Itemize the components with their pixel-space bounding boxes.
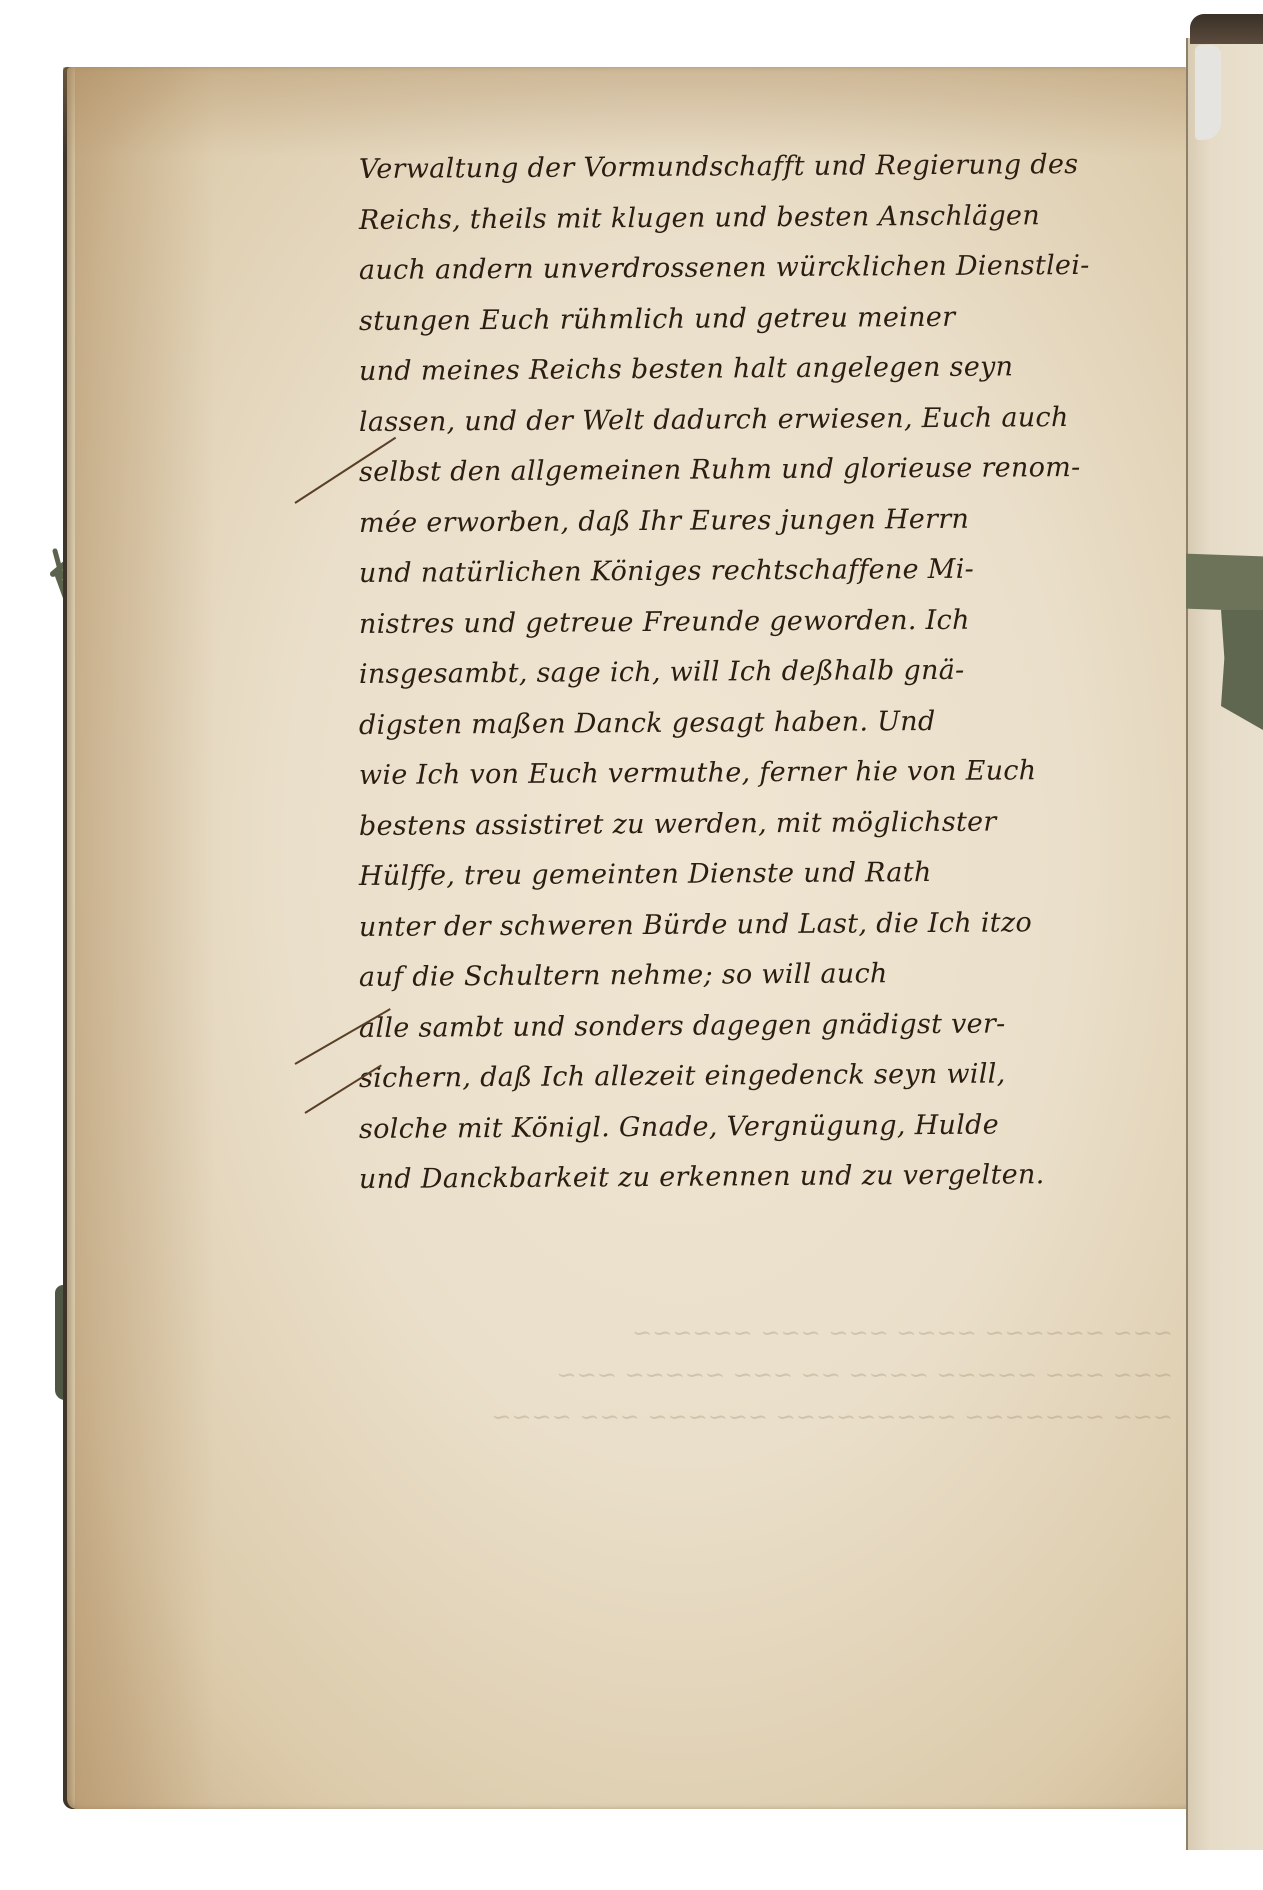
manuscript-text: Verwaltung der Vormundschafft und Regier… (359, 145, 1189, 1206)
text-line: bestens assistiret zu werden, mit möglic… (359, 796, 1189, 852)
text-line: lassen, und der Welt dadurch erwiesen, E… (359, 392, 1189, 448)
text-line: wie Ich von Euch vermuthe, ferner hie vo… (359, 745, 1189, 801)
text-line: stungen Euch rühmlich und getreu meiner (359, 291, 1189, 347)
text-line: und Danckbarkeit zu erkennen und zu verg… (359, 1149, 1189, 1205)
text-line: nistres und getreue Freunde geworden. Ic… (359, 594, 1189, 650)
ribbon-band (1185, 554, 1263, 612)
text-line: unter der schweren Bürde und Last, die I… (359, 897, 1189, 953)
show-through-text: ~~~ ~~~~~~ ~~~~ ~~~ ~~~ ~~~~~~ ~~~ ~~~ ~… (353, 1312, 1173, 1438)
text-line: solche mit Königl. Gnade, Vergnügung, Hu… (359, 1099, 1189, 1155)
green-ribbon-tie-right (1185, 555, 1263, 735)
text-line: auch andern unverdrossenen würcklichen D… (359, 240, 1189, 296)
text-line: auf die Schultern nehme; so will auch (359, 947, 1189, 1003)
text-line: und natürlichen Königes rechtschaffene M… (359, 543, 1189, 599)
text-line: selbst den allgemeinen Ruhm und glorieus… (359, 442, 1189, 498)
text-line: insgesambt, sage ich, will Ich deßhalb g… (359, 644, 1189, 700)
text-line: digsten maßen Danck gesagt haben. Und (359, 695, 1189, 751)
text-line: Hülffe, treu gemeinten Dienste und Rath (359, 846, 1189, 902)
text-line: mée erworben, daß Ihr Eures jungen Herrn (359, 493, 1189, 549)
text-line: sichern, daß Ich allezeit eingedenck sey… (359, 1048, 1189, 1104)
book-binding-edge (1190, 14, 1263, 44)
ghost-line: ~~~ ~~~~~~ ~~~~ ~~~ ~~~ ~~~~~~ (353, 1312, 1173, 1354)
ribbon-band (1221, 610, 1263, 730)
text-line: alle sambt und sonders dagegen gnädigst … (359, 998, 1189, 1054)
text-line: und meines Reichs besten halt angelegen … (359, 341, 1189, 397)
torn-paper-patch (1195, 45, 1221, 140)
adjacent-leaf (1186, 38, 1263, 1850)
ghost-line: ~~~ ~~~ ~~~~~ ~~~~ ~~ ~~~ ~~~~~ ~~~ (353, 1354, 1173, 1396)
text-line: Reichs, theils mit klugen und besten Ans… (359, 190, 1189, 246)
text-line: Verwaltung der Vormundschafft und Regier… (359, 139, 1189, 195)
ghost-line: ~~~ ~~~~~~~ ~~~~~~~~~ ~~~~~~ ~~~ ~~~~ (353, 1396, 1173, 1438)
manuscript-page: ~~~ ~~~~~~ ~~~~ ~~~ ~~~ ~~~~~~ ~~~ ~~~ ~… (63, 67, 1186, 1809)
